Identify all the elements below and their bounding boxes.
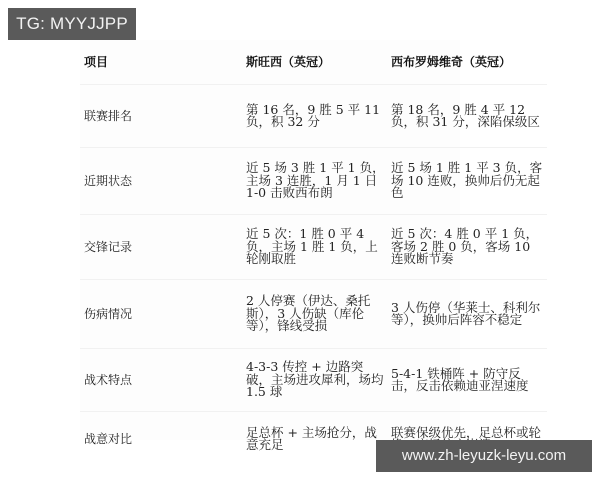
- header-item: 项目: [80, 40, 242, 85]
- swansea-cell: 近 5 次：1 胜 0 平 4 负，主场 1 胜 1 负，上轮刚取胜: [242, 215, 387, 280]
- swansea-cell: 足总杯 + 主场抢分，战意充足: [242, 412, 387, 467]
- swansea-cell: 2 人停赛（伊达、桑托斯），3 人伤缺（库伦等），锋线受损: [242, 280, 387, 349]
- page: TG: MYYJJPP 项目 斯旺西（英冠） 西布罗姆维奇（英冠） 联赛排名 第…: [0, 0, 600, 480]
- swansea-cell: 第 16 名，9 胜 5 平 11 负，积 32 分: [242, 85, 387, 148]
- wba-cell: 近 5 次：4 胜 0 平 1 负，客场 2 胜 0 负，客场 10 连败断节奏: [387, 215, 547, 280]
- row-label: 联赛排名: [80, 85, 242, 148]
- watermark-tg: TG: MYYJJPP: [8, 8, 136, 40]
- swansea-cell: 4-3-3 传控 + 边路突破，主场进攻犀利，场均 1.5 球: [242, 349, 387, 412]
- wba-cell: 3 人伤停（华莱士、科利尔等），换帅后阵容不稳定: [387, 280, 547, 349]
- header-wba: 西布罗姆维奇（英冠）: [387, 40, 547, 85]
- row-label: 近期状态: [80, 148, 242, 215]
- row-label: 交锋记录: [80, 215, 242, 280]
- wba-cell: 5-4-1 铁桶阵 + 防守反击，反击依赖迪亚涅速度: [387, 349, 547, 412]
- comparison-table-container: 项目 斯旺西（英冠） 西布罗姆维奇（英冠） 联赛排名 第 16 名，9 胜 5 …: [80, 40, 460, 440]
- row-label: 战意对比: [80, 412, 242, 467]
- watermark-url: www.zh-leyuzk-leyu.com: [376, 440, 592, 472]
- wba-cell: 第 18 名，9 胜 4 平 12 负，积 31 分，深陷保级区: [387, 85, 547, 148]
- table-row: 战术特点 4-3-3 传控 + 边路突破，主场进攻犀利，场均 1.5 球 5-4…: [80, 349, 547, 412]
- table-header-row: 项目 斯旺西（英冠） 西布罗姆维奇（英冠）: [80, 40, 547, 85]
- table-row: 近期状态 近 5 场 3 胜 1 平 1 负，主场 3 连胜，1 月 1 日 1…: [80, 148, 547, 215]
- table-row: 交锋记录 近 5 次：1 胜 0 平 4 负，主场 1 胜 1 负，上轮刚取胜 …: [80, 215, 547, 280]
- wba-cell: 近 5 场 1 胜 1 平 3 负，客场 10 连败，换帅后仍无起色: [387, 148, 547, 215]
- table-row: 伤病情况 2 人停赛（伊达、桑托斯），3 人伤缺（库伦等），锋线受损 3 人伤停…: [80, 280, 547, 349]
- row-label: 战术特点: [80, 349, 242, 412]
- swansea-cell: 近 5 场 3 胜 1 平 1 负，主场 3 连胜，1 月 1 日 1-0 击败…: [242, 148, 387, 215]
- table-row: 联赛排名 第 16 名，9 胜 5 平 11 负，积 32 分 第 18 名，9…: [80, 85, 547, 148]
- header-swansea: 斯旺西（英冠）: [242, 40, 387, 85]
- comparison-table: 项目 斯旺西（英冠） 西布罗姆维奇（英冠） 联赛排名 第 16 名，9 胜 5 …: [80, 40, 547, 466]
- row-label: 伤病情况: [80, 280, 242, 349]
